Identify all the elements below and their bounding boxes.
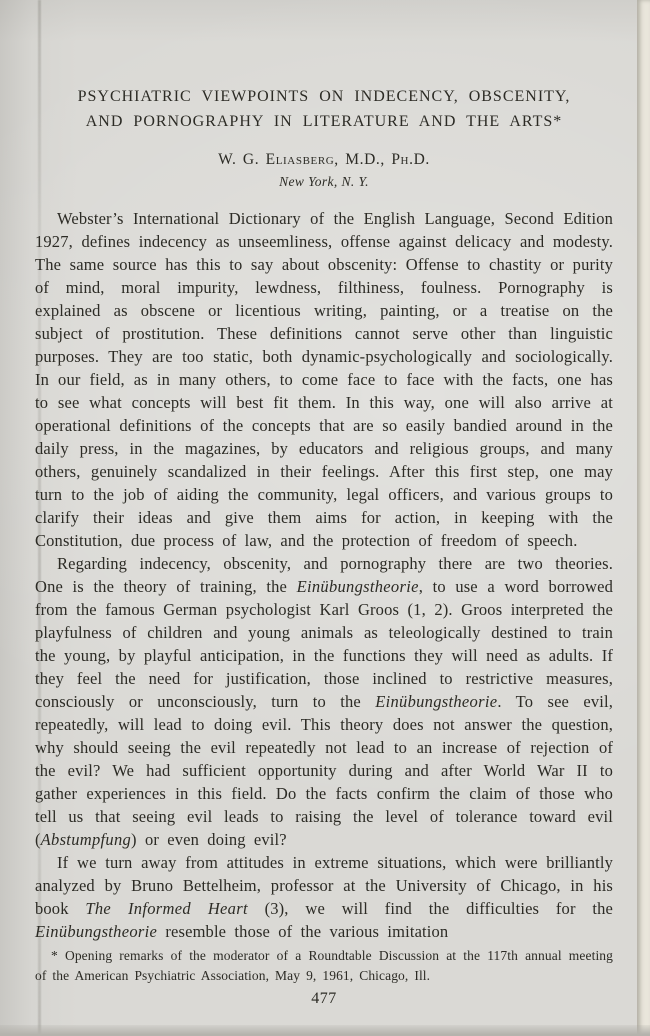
article-title-line2: AND PORNOGRAPHY IN LITERATURE AND THE AR… <box>86 113 563 130</box>
scanned-journal-page: PSYCHIATRIC VIEWPOINTS ON INDECENCY, OBS… <box>0 0 650 1036</box>
page-bottom-shadow <box>0 1025 650 1036</box>
article-body: Webster’s International Dictionary of th… <box>35 207 613 943</box>
footnote: * Opening remarks of the moderator of a … <box>35 946 613 985</box>
body-paragraph-1: Webster’s International Dictionary of th… <box>35 207 613 552</box>
body-paragraph-3: If we turn away from attitudes in extrem… <box>35 851 613 943</box>
page-content: PSYCHIATRIC VIEWPOINTS ON INDECENCY, OBS… <box>0 0 650 1008</box>
author-location: New York, N. Y. <box>35 174 613 190</box>
body-paragraph-2: Regarding indecency, obscenity, and porn… <box>35 552 613 851</box>
page-number: 477 <box>35 990 613 1008</box>
article-title-line1: PSYCHIATRIC VIEWPOINTS ON INDECENCY, OBS… <box>78 88 571 105</box>
article-title: PSYCHIATRIC VIEWPOINTS ON INDECENCY, OBS… <box>35 84 613 134</box>
author-name: W. G. Eliasberg, M.D., Ph.D. <box>35 151 613 169</box>
